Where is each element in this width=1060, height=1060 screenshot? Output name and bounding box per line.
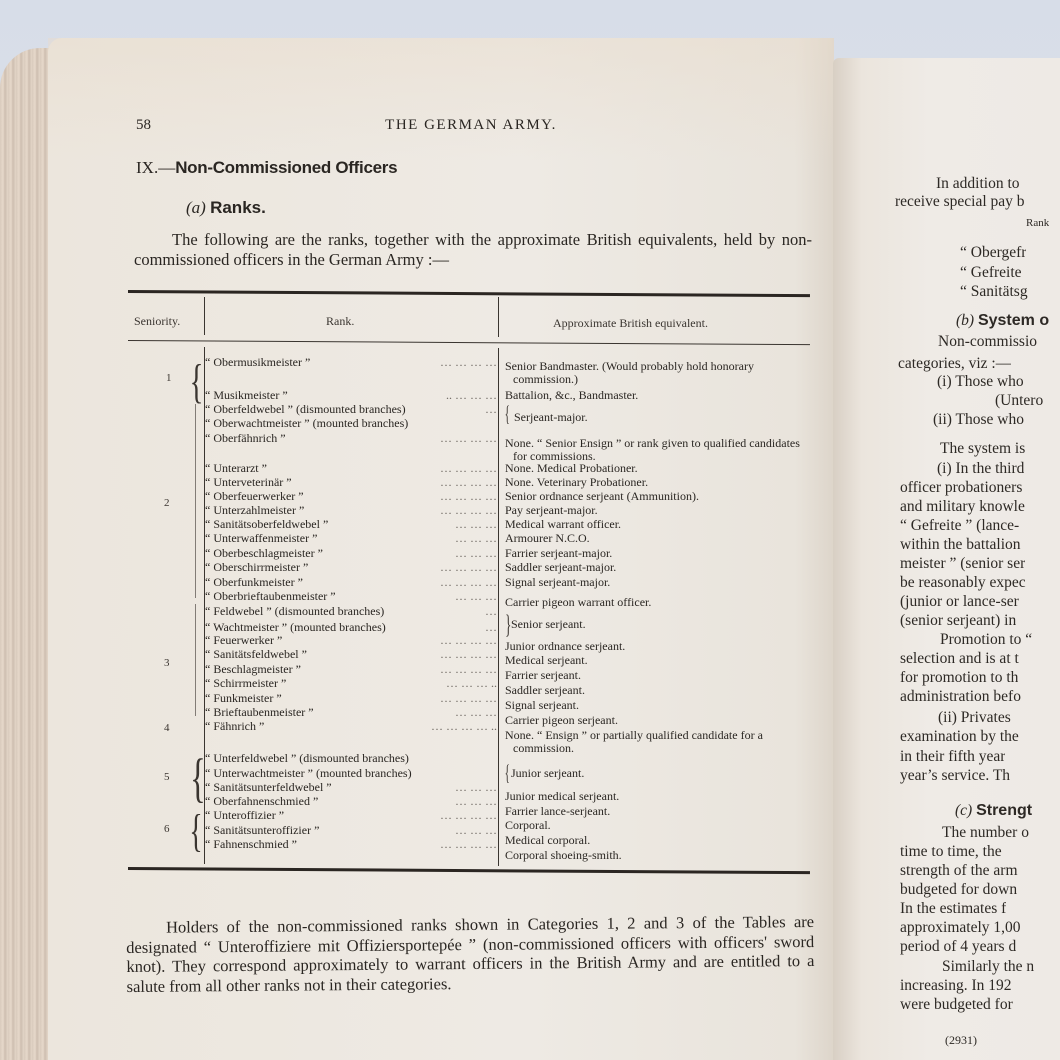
equivalent-cell: Battalion, &c., Bandmaster.: [505, 389, 811, 402]
right-line: Non-commissio: [938, 333, 1037, 351]
right-line: selection and is at t: [900, 650, 1019, 668]
category-1: 1: [166, 372, 172, 384]
equivalent-cell: Carrier pigeon serjeant.: [505, 714, 811, 727]
rank-row: “ Sanitätsfeldwebel ”… … … …: [205, 648, 497, 661]
rank-row: “ Oberwachtmeister ” (mounted branches): [205, 417, 497, 430]
equivalent-cell: Medical serjeant.: [505, 654, 811, 667]
right-line: The system is: [940, 440, 1025, 458]
equivalent-cell: Corporal shoeing-smith.: [505, 849, 811, 862]
equivalent-cell: Senior Bandmaster. (Would probably hold …: [505, 360, 811, 385]
equivalent-cell: Senior ordnance serjeant (Ammunition).: [505, 490, 811, 503]
rank-row: “ Obermusikmeister ”… … … …: [205, 356, 497, 369]
right-line: (senior serjeant) in: [900, 612, 1016, 630]
subsection-title: Ranks.: [210, 198, 266, 217]
serjeant-major-brace: {: [505, 403, 510, 425]
rank-row: “ Brieftaubenmeister ”… … …: [205, 706, 497, 719]
rank-row: “ Oberbrieftaubenmeister ”… … …: [205, 590, 497, 603]
subsection-heading: (a) Ranks.: [186, 198, 266, 218]
right-line: “ Sanitätsg: [960, 283, 1028, 301]
section-title: Non-Commissioned Officers: [175, 158, 397, 177]
equivalent-cell: Saddler serjeant.: [505, 684, 811, 697]
right-line: time to time, the: [900, 843, 1002, 861]
rank-row: “ Oberfeldwebel ” (dismounted branches)…: [205, 403, 497, 416]
right-line: (ii) Those who: [933, 411, 1024, 429]
right-line: be reasonably expec: [900, 574, 1026, 592]
equivalent-cell: Junior serjeant.: [511, 767, 817, 780]
right-line: In addition to: [936, 175, 1020, 193]
rank-row: “ Sanitätsunteroffizier ”… … …: [205, 824, 497, 837]
equivalent-cell: Junior ordnance serjeant.: [505, 640, 811, 653]
right-line: (Untero: [995, 392, 1043, 410]
rank-row: “ Schirrmeister ”… … … ..: [205, 677, 497, 690]
right-line: “ Gefreite: [960, 264, 1022, 282]
section-heading: IX.—Non-Commissioned Officers: [136, 158, 397, 178]
right-line: budgeted for down: [900, 881, 1017, 899]
rank-row: “ Oberfunkmeister ”… … … …: [205, 576, 497, 589]
right-line: period of 4 years d: [900, 938, 1016, 956]
heading-system: (b) System o: [956, 312, 1049, 330]
equivalent-cell: Medical warrant officer.: [505, 518, 811, 531]
rank-row: “ Funkmeister ”… … … …: [205, 692, 497, 705]
equivalent-cell: Pay serjeant-major.: [505, 504, 811, 517]
equivalent-cell: Farrier serjeant-major.: [505, 547, 811, 560]
rank-row: “ Unterwaffenmeister ”… … …: [205, 532, 497, 545]
equivalent-cell: None. Veterinary Probationer.: [505, 476, 811, 489]
right-line: (i) In the third: [937, 460, 1024, 478]
rank-row: “ Sanitätsunterfeldwebel ”… … …: [205, 781, 497, 794]
right-line: were budgeted for: [900, 996, 1013, 1014]
rank-row: “ Fähnrich ”… … … … ..: [205, 720, 497, 733]
rank-row: “ Unteroffizier ”… … … …: [205, 809, 497, 822]
equivalent-cell: Signal serjeant.: [505, 699, 811, 712]
closing-paragraph: Holders of the non-commissioned ranks sh…: [126, 912, 815, 996]
rank-row: “ Unterzahlmeister ”… … … …: [205, 504, 497, 517]
rank-row: “ Fahnenschmied ”… … … …: [205, 838, 497, 851]
rank-row: “ Sanitätsoberfeldwebel ”… … …: [205, 518, 497, 531]
rank-row: “ Feldwebel ” (dismounted branches)…: [205, 605, 497, 618]
rank-row: “ Beschlagmeister ”… … … …: [205, 663, 497, 676]
right-line: “ Obergefr: [960, 244, 1026, 262]
category-6-brace: {: [189, 808, 202, 854]
right-line: meister ” (senior ser: [900, 555, 1025, 573]
rank-row: “ Unterwachtmeister ” (mounted branches): [205, 767, 497, 780]
right-line: The number o: [942, 824, 1029, 842]
equivalent-cell: Signal serjeant-major.: [505, 576, 811, 589]
category-3-brace: [195, 604, 196, 716]
equivalent-cell: Serjeant-major.: [514, 411, 820, 424]
right-line: in their fifth year: [900, 748, 1005, 766]
equivalent-cell: Carrier pigeon warrant officer.: [505, 596, 811, 609]
right-line: examination by the: [900, 728, 1019, 746]
equivalent-cell: None. “ Ensign ” or partially qualified …: [505, 729, 811, 754]
rank-row: “ Unterveterinär ”… … … …: [205, 476, 497, 489]
right-line: approximately 1,00: [900, 919, 1021, 937]
category-4: 4: [164, 722, 170, 734]
rank-row: “ Oberfähnrich ”… … … …: [205, 432, 497, 445]
rank-row: “ Oberbeschlagmeister ”… … …: [205, 547, 497, 560]
equivalent-cell: None. Medical Probationer.: [505, 462, 811, 475]
right-line: officer probationers: [900, 479, 1022, 497]
right-line: strength of the arm: [900, 862, 1018, 880]
right-line: “ Gefreite ” (lance-: [900, 517, 1019, 535]
right-line: for promotion to th: [900, 669, 1018, 687]
right-line: administration befo: [900, 688, 1021, 706]
category-2: 2: [164, 497, 170, 509]
header-divider-2: [498, 297, 499, 337]
category-6: 6: [164, 823, 170, 835]
right-line: (i) Those who: [937, 373, 1024, 391]
right-line: Promotion to “: [940, 631, 1032, 649]
category-5: 5: [164, 771, 170, 783]
equivalent-cell: Corporal.: [505, 819, 811, 832]
book-title: THE GERMAN ARMY.: [136, 117, 806, 134]
rank-row: “ Oberfeuerwerker ”… … … …: [205, 490, 497, 503]
equivalent-cell: Junior medical serjeant.: [505, 790, 811, 803]
rank-row: “ Oberschirrmeister ”… … … …: [205, 561, 497, 574]
equivalent-cell: Medical corporal.: [505, 834, 811, 847]
header-divider-1: [204, 297, 205, 335]
right-line: Similarly the n: [942, 958, 1034, 976]
printer-code: (2931): [945, 1033, 977, 1048]
rank-row: “ Musikmeister ”.. … … …: [205, 389, 497, 402]
category-2-brace: [195, 404, 196, 598]
right-line: within the battalion: [900, 536, 1021, 554]
equivalent-cell: Senior serjeant.: [511, 618, 817, 631]
right-line: categories, viz :—: [898, 355, 1011, 373]
right-line: year’s service. Th: [900, 767, 1010, 785]
equivalent-cell: Farrier serjeant.: [505, 669, 811, 682]
equivalent-cell: Saddler serjeant-major.: [505, 561, 811, 574]
rank-row: “ Unterarzt ”… … … …: [205, 462, 497, 475]
rank-row: “ Unterfeldwebel ” (dismounted branches): [205, 752, 497, 765]
section-numeral: IX.—: [136, 158, 175, 177]
right-line: (junior or lance-ser: [900, 593, 1019, 611]
right-line: (ii) Privates: [938, 709, 1011, 727]
category-5-brace: {: [190, 751, 206, 805]
equivalent-cell: Armourer N.C.O.: [505, 532, 811, 545]
intro-paragraph: The following are the ranks, together wi…: [134, 230, 812, 270]
junior-serjeant-brace: {: [505, 762, 510, 784]
header-seniority: Seniority.: [134, 314, 180, 329]
equivalent-cell: None. “ Senior Ensign ” or rank given to…: [505, 437, 811, 462]
category-3: 3: [164, 657, 170, 669]
right-line: In the estimates f: [900, 900, 1006, 918]
right-line: and military knowle: [900, 498, 1025, 516]
rank-row: “ Feuerwerker ”… … … …: [205, 634, 497, 647]
header-equivalent: Approximate British equivalent.: [553, 316, 708, 331]
heading-strength: (c) Strengt: [955, 802, 1032, 820]
category-1-brace: {: [190, 358, 204, 406]
book-page-edges: [0, 48, 52, 1060]
right-line: Rank: [1026, 217, 1049, 229]
right-line: receive special pay b: [895, 193, 1025, 211]
equivalent-cell: Farrier lance-serjeant.: [505, 805, 811, 818]
subsection-letter: (a): [186, 198, 206, 217]
header-rank: Rank.: [326, 314, 354, 329]
column-divider-2: [498, 348, 499, 866]
rank-row: “ Oberfahnenschmied ”… … …: [205, 795, 497, 808]
right-line: increasing. In 192: [900, 977, 1011, 995]
